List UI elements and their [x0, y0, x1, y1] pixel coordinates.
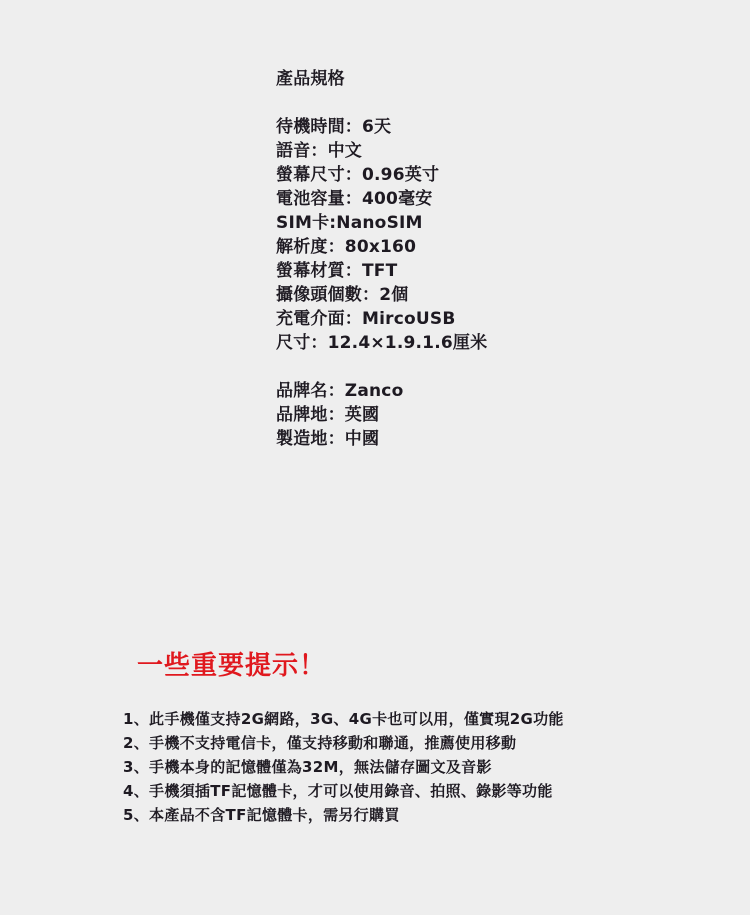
notice-item: 4、手機須插TF記憶體卡，才可以使用錄音、拍照、錄影等功能	[123, 779, 564, 803]
spec-screen-size: 螢幕尺寸：0.96英寸	[276, 163, 487, 187]
spec-sim: SIM卡:NanoSIM	[276, 211, 487, 235]
spec-spacer	[276, 355, 487, 379]
spec-brand-origin: 品牌地：英國	[276, 403, 487, 427]
notice-item: 3、手機本身的記憶體僅為32M，無法儲存圖文及音影	[123, 755, 564, 779]
product-spec-block: 產品規格 待機時間：6天 語音：中文 螢幕尺寸：0.96英寸 電池容量：400毫…	[276, 67, 487, 451]
notice-item: 1、此手機僅支持2G網路，3G、4G卡也可以用，僅實現2G功能	[123, 707, 564, 731]
spec-camera-count: 攝像頭個數：2個	[276, 283, 487, 307]
spec-battery: 電池容量：400毫安	[276, 187, 487, 211]
spec-screen-material: 螢幕材質：TFT	[276, 259, 487, 283]
notice-list: 1、此手機僅支持2G網路，3G、4G卡也可以用，僅實現2G功能 2、手機不支持電…	[123, 707, 564, 827]
spec-brand-name: 品牌名：Zanco	[276, 379, 487, 403]
spec-resolution: 解析度：80x160	[276, 235, 487, 259]
spec-language: 語音：中文	[276, 139, 487, 163]
spec-manufacture-place: 製造地：中國	[276, 427, 487, 451]
notice-item: 5、本產品不含TF記憶體卡，需另行購買	[123, 803, 564, 827]
spec-dimensions: 尺寸：12.4×1.9.1.6厘米	[276, 331, 487, 355]
spec-title: 產品規格	[276, 67, 487, 91]
notice-item: 2、手機不支持電信卡，僅支持移動和聯通，推薦使用移動	[123, 731, 564, 755]
spec-charging-port: 充電介面：MircoUSB	[276, 307, 487, 331]
notice-heading: 一些重要提示！	[137, 648, 326, 684]
spec-standby-time: 待機時間：6天	[276, 115, 487, 139]
